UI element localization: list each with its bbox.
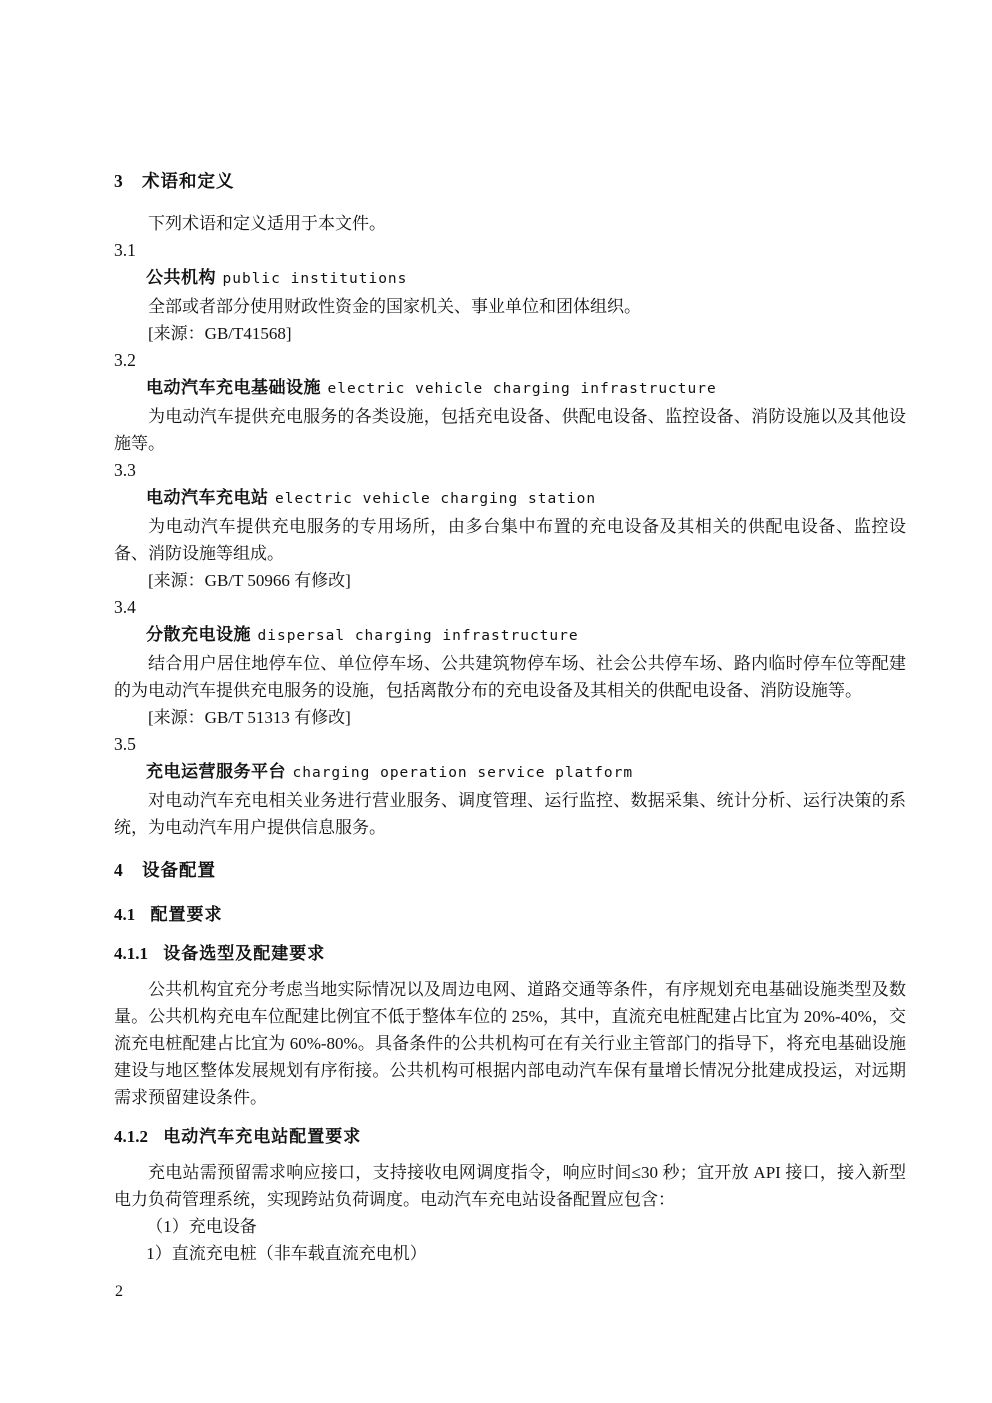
- term-number: 3.3: [114, 457, 906, 484]
- clause-3-number: 3: [114, 171, 123, 191]
- subclause-4-1-2-paragraph: 充电站需预留需求响应接口，支持接收电网调度指令，响应时间≤30 秒；宜开放 AP…: [114, 1159, 906, 1213]
- term-entry-3-5: 3.5 充电运营服务平台charging operation service p…: [114, 731, 906, 841]
- term-entry-3-4: 3.4 分散充电设施dispersal charging infrastruct…: [114, 594, 906, 731]
- subclause-4-1-number: 4.1: [114, 905, 135, 924]
- term-en: electric vehicle charging station: [275, 491, 596, 507]
- term-number: 3.5: [114, 731, 906, 758]
- term-zh: 分散充电设施: [146, 625, 251, 644]
- clause-3-heading: 3术语和定义: [114, 168, 906, 195]
- terms-section: 3术语和定义 下列术语和定义适用于本文件。 3.1 公共机构public ins…: [114, 168, 906, 841]
- clause-4-heading: 4设备配置: [114, 857, 906, 884]
- term-line: 电动汽车充电基础设施electric vehicle charging infr…: [114, 374, 906, 403]
- term-source: [来源：GB/T41568]: [114, 320, 906, 347]
- term-zh: 电动汽车充电站: [146, 488, 269, 507]
- term-number: 3.4: [114, 594, 906, 621]
- term-definition: 结合用户居住地停车位、单位停车场、公共建筑物停车场、社会公共停车场、路内临时停车…: [114, 650, 906, 704]
- term-number: 3.2: [114, 347, 906, 374]
- terms-intro: 下列术语和定义适用于本文件。: [114, 210, 906, 237]
- term-zh: 电动汽车充电基础设施: [146, 378, 321, 397]
- subclause-4-1-title: 配置要求: [151, 905, 223, 924]
- subclause-4-1-1-number: 4.1.1: [114, 944, 148, 963]
- term-definition: 全部或者部分使用财政性资金的国家机关、事业单位和团体组织。: [114, 293, 906, 320]
- term-en: charging operation service platform: [293, 765, 634, 781]
- term-source: [来源：GB/T 50966 有修改]: [114, 567, 906, 594]
- term-en: public institutions: [223, 271, 408, 287]
- equipment-section: 4设备配置 4.1配置要求 4.1.1设备选型及配建要求 公共机构宜充分考虑当地…: [114, 857, 906, 1267]
- term-definition: 对电动汽车充电相关业务进行营业服务、调度管理、运行监控、数据采集、统计分析、运行…: [114, 787, 906, 841]
- term-en: dispersal charging infrastructure: [258, 628, 579, 644]
- subclause-4-1-2-title: 电动汽车充电站配置要求: [163, 1127, 361, 1146]
- list-item-charging-equipment: （1）充电设备: [114, 1213, 906, 1240]
- clause-4-number: 4: [114, 860, 123, 880]
- term-zh: 公共机构: [146, 268, 216, 287]
- term-line: 分散充电设施dispersal charging infrastructure: [114, 621, 906, 650]
- subclause-4-1-2-number: 4.1.2: [114, 1127, 148, 1146]
- subclause-4-1-1-paragraph: 公共机构宜充分考虑当地实际情况以及周边电网、道路交通等条件，有序规划充电基础设施…: [114, 976, 906, 1111]
- clause-4-title: 设备配置: [142, 860, 216, 880]
- term-line: 公共机构public institutions: [114, 264, 906, 293]
- subclause-4-1-heading: 4.1配置要求: [114, 901, 906, 928]
- subclause-4-1-2-heading: 4.1.2电动汽车充电站配置要求: [114, 1123, 906, 1150]
- term-source: [来源：GB/T 51313 有修改]: [114, 704, 906, 731]
- term-definition: 为电动汽车提供充电服务的专用场所，由多台集中布置的充电设备及其相关的供配电设备、…: [114, 513, 906, 567]
- page-number: 2: [115, 1283, 123, 1301]
- document-page: 3术语和定义 下列术语和定义适用于本文件。 3.1 公共机构public ins…: [0, 0, 992, 1403]
- clause-3-title: 术语和定义: [142, 171, 235, 191]
- term-zh: 充电运营服务平台: [146, 762, 286, 781]
- list-item-dc-charger: 1）直流充电桩（非车载直流充电机）: [114, 1240, 906, 1267]
- term-number: 3.1: [114, 237, 906, 264]
- term-line: 电动汽车充电站electric vehicle charging station: [114, 484, 906, 513]
- term-entry-3-3: 3.3 电动汽车充电站electric vehicle charging sta…: [114, 457, 906, 594]
- subclause-4-1-1-title: 设备选型及配建要求: [163, 944, 325, 963]
- term-entry-3-2: 3.2 电动汽车充电基础设施electric vehicle charging …: [114, 347, 906, 457]
- subclause-4-1-1-heading: 4.1.1设备选型及配建要求: [114, 940, 906, 967]
- term-en: electric vehicle charging infrastructure: [328, 381, 717, 397]
- term-line: 充电运营服务平台charging operation service platf…: [114, 758, 906, 787]
- term-definition: 为电动汽车提供充电服务的各类设施，包括充电设备、供配电设备、监控设备、消防设施以…: [114, 403, 906, 457]
- term-entry-3-1: 3.1 公共机构public institutions 全部或者部分使用财政性资…: [114, 237, 906, 347]
